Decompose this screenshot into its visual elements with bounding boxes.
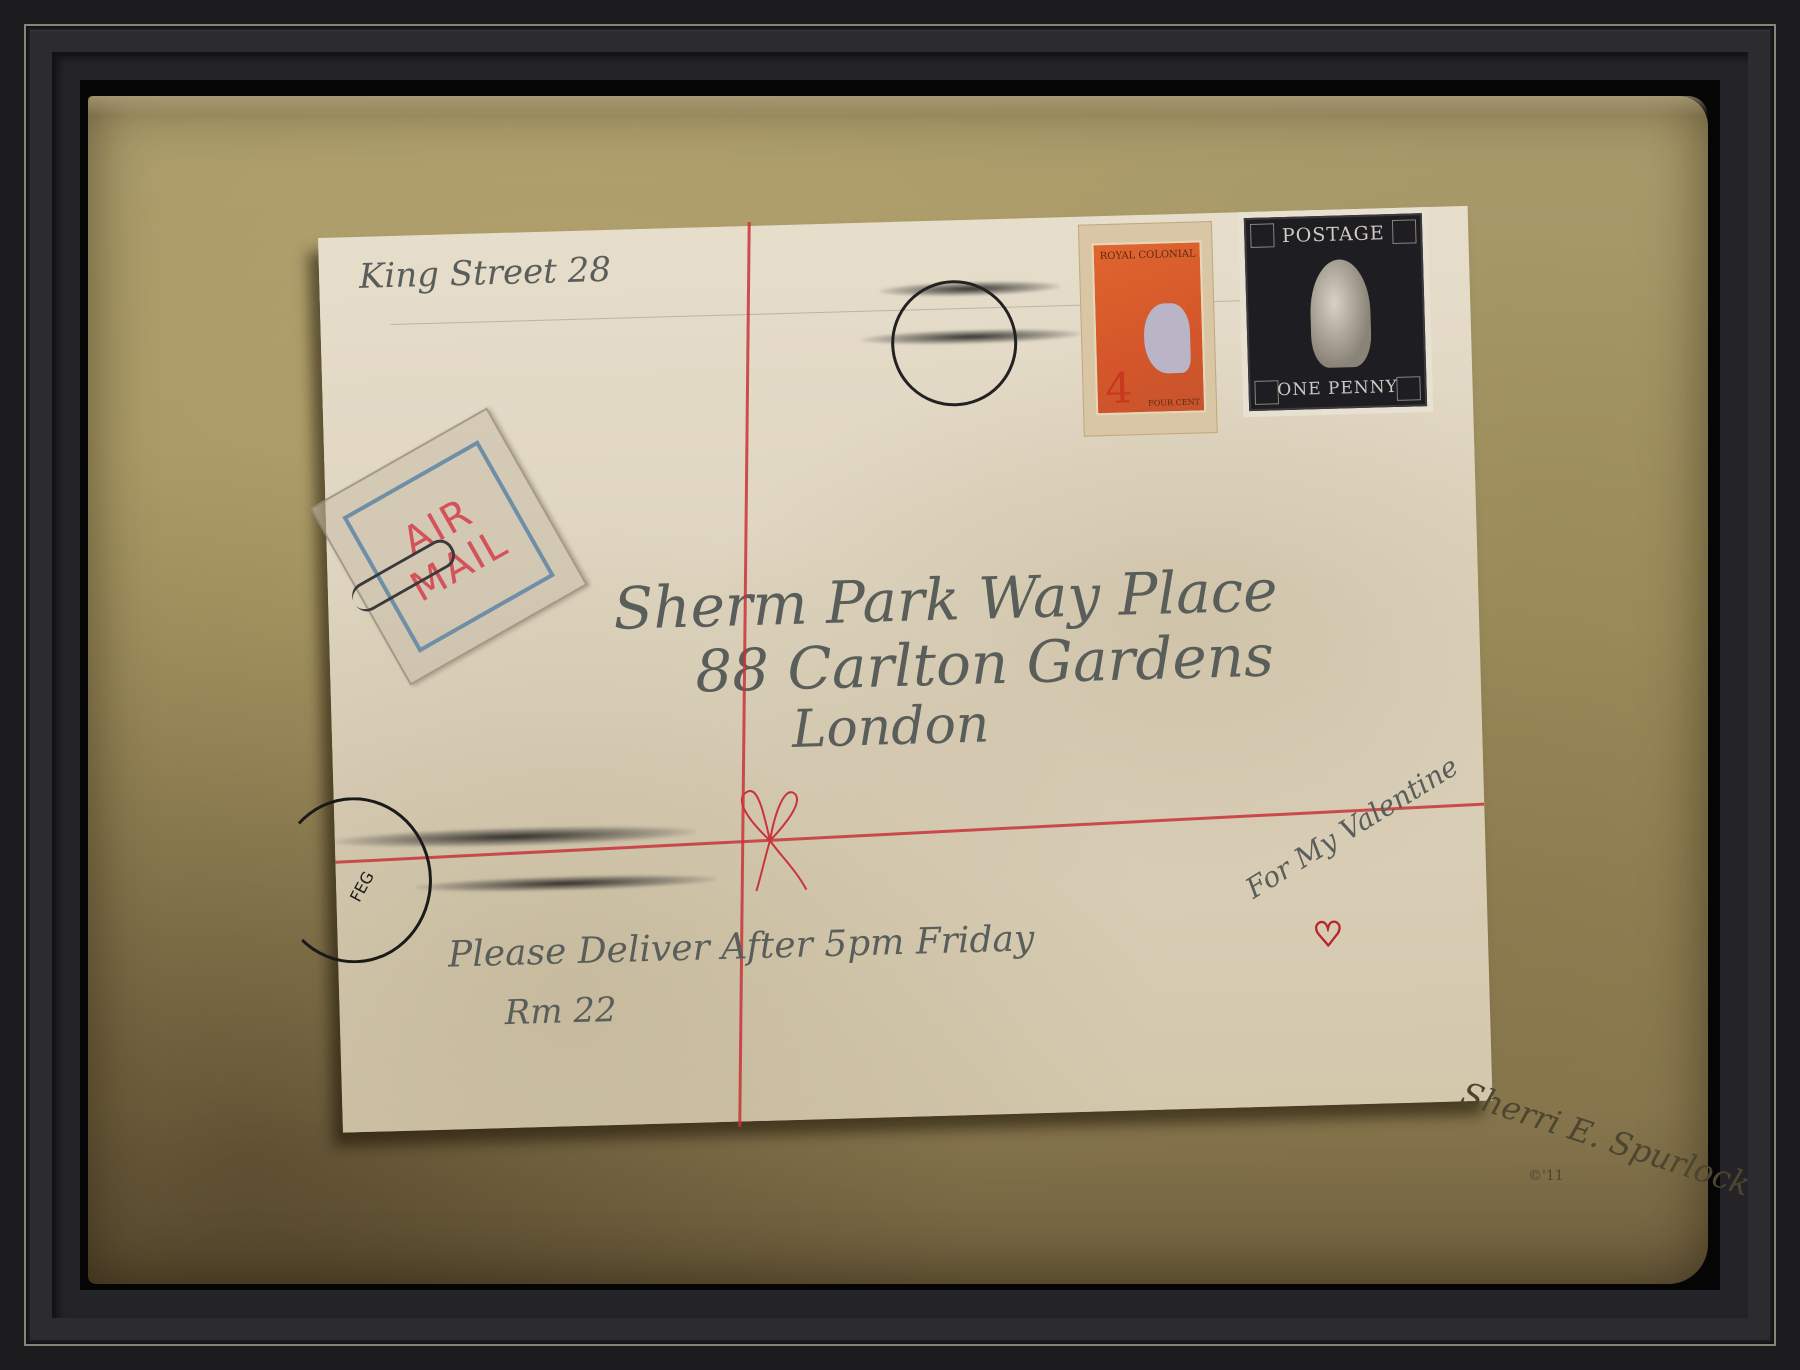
portrait-icon (1143, 303, 1191, 374)
corner-ornament-icon (1392, 219, 1417, 244)
orange-stamp-footer: FOUR CENT (1148, 397, 1200, 407)
address-line-3: London (791, 694, 990, 759)
orange-stamp-value: 4 (1105, 363, 1133, 413)
delivery-note: Please Deliver After 5pm Friday (448, 918, 1035, 975)
airmail-label: AIR MAIL (310, 407, 588, 685)
dedication: For My Valentine (1240, 750, 1464, 906)
ink-smear (416, 872, 716, 894)
penny-black-stamp: POSTAGE ONE PENNY (1238, 207, 1434, 417)
heart-icon: ♡ (1312, 915, 1344, 956)
copyright-mark: ©'11 (1528, 1168, 1564, 1184)
room-number: Rm 22 (504, 990, 617, 1033)
penny-black-face: POSTAGE ONE PENNY (1244, 213, 1427, 411)
orange-stamp: ROYAL COLONIAL 4 FOUR CENT (1078, 221, 1218, 437)
backdrop-top-edge (88, 96, 1708, 116)
return-address: King Street 28 (359, 250, 612, 297)
corner-ornament-icon (1250, 223, 1275, 248)
orange-stamp-header: ROYAL COLONIAL (1100, 249, 1196, 263)
orange-stamp-face: ROYAL COLONIAL 4 FOUR CENT (1091, 240, 1206, 415)
ribbon-bow-icon (723, 784, 816, 896)
envelope: King Street 28 AIR MAIL ROYAL COLONIAL 4… (318, 206, 1493, 1133)
postmark-circle (889, 279, 1018, 408)
queen-portrait-icon (1309, 259, 1372, 369)
